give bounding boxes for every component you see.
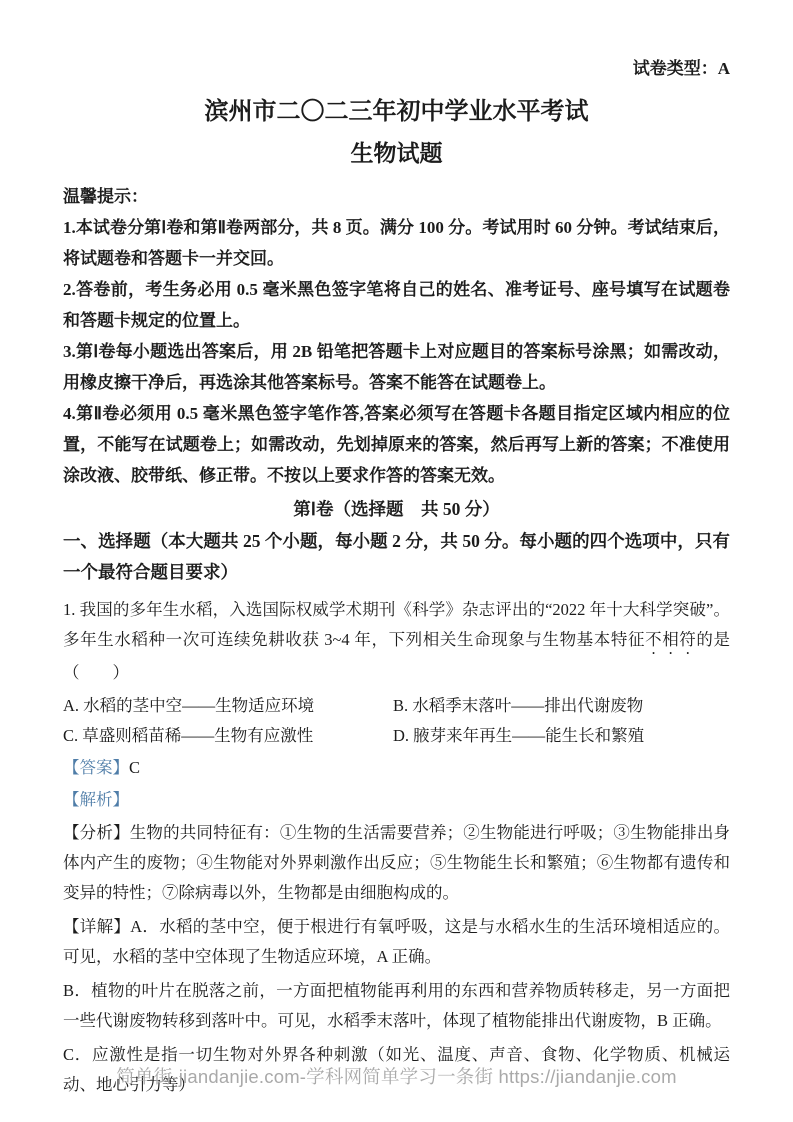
question1-options: A. 水稻的茎中空——生物适应环境 B. 水稻季末落叶——排出代谢废物 C. 草… <box>63 691 730 751</box>
exam-type-label: 试卷类型：A <box>63 0 730 81</box>
notice-item-2: 2.答卷前，考生务必用 0.5 毫米黑色签字笔将自己的姓名、准考证号、座号填写在… <box>63 274 730 336</box>
exam-document-page: 试卷类型：A 滨州市二〇二三年初中学业水平考试 生物试题 温馨提示： 1.本试卷… <box>0 0 793 1122</box>
question1-option-a: A. 水稻的茎中空——生物适应环境 <box>63 691 393 721</box>
answer-line: 【答案】C <box>63 753 730 783</box>
question1-stem: 1. 我国的多年生水稻，入选国际权威学术期刊《科学》杂志评出的“2022 年十大… <box>63 595 730 688</box>
question1-option-d: D. 腋芽来年再生——能生长和繁殖 <box>393 721 730 751</box>
watermark-footer: 简单街-jiandanjie.com-学科网简单学习一条街 https://ji… <box>0 1063 793 1089</box>
notice-item-4: 4.第Ⅱ卷必须用 0.5 毫米黑色签字笔作答,答案必须写在答题卡各题目指定区域内… <box>63 398 730 491</box>
analysis-label: 【解析】 <box>63 785 730 815</box>
question1-option-c: C. 草盛则稻苗稀——生物有应激性 <box>63 721 393 751</box>
exam-title: 滨州市二〇二三年初中学业水平考试 <box>63 96 730 128</box>
detail-paragraph-a: 【详解】A．水稻的茎中空，便于根进行有氧呼吸，这是与水稻水生的生活环境相适应的。… <box>63 912 730 972</box>
exam-subject-title: 生物试题 <box>63 138 730 170</box>
question1-stem-emphasis: 不相符 <box>645 630 696 649</box>
section1-intro: 一、选择题（本大题共 25 个小题，每小题 2 分，共 50 分。每小题的四个选… <box>63 526 730 588</box>
notice-item-3: 3.第Ⅰ卷每小题选出答案后，用 2B 铅笔把答题卡上对应题目的答案标号涂黑；如需… <box>63 336 730 398</box>
question1-option-b: B. 水稻季末落叶——排出代谢废物 <box>393 691 730 721</box>
answer-label: 【答案】 <box>63 758 129 777</box>
question1-stem-text: 1. 我国的多年生水稻，入选国际权威学术期刊《科学》杂志评出的“2022 年十大… <box>63 600 730 649</box>
answer-value: C <box>129 758 140 777</box>
analysis-paragraph: 【分析】生物的共同特征有：①生物的生活需要营养；②生物能进行呼吸；③生物能排出身… <box>63 818 730 908</box>
detail-paragraph-b: B．植物的叶片在脱落之前，一方面把植物能再利用的东西和营养物质转移走，另一方面把… <box>63 976 730 1036</box>
notice-item-1: 1.本试卷分第Ⅰ卷和第Ⅱ卷两部分，共 8 页。满分 100 分。考试用时 60 … <box>63 212 730 274</box>
notice-section: 温馨提示： 1.本试卷分第Ⅰ卷和第Ⅱ卷两部分，共 8 页。满分 100 分。考试… <box>63 181 730 491</box>
notice-heading: 温馨提示： <box>63 181 730 212</box>
part1-heading: 第Ⅰ卷（选择题 共 50 分） <box>63 494 730 525</box>
